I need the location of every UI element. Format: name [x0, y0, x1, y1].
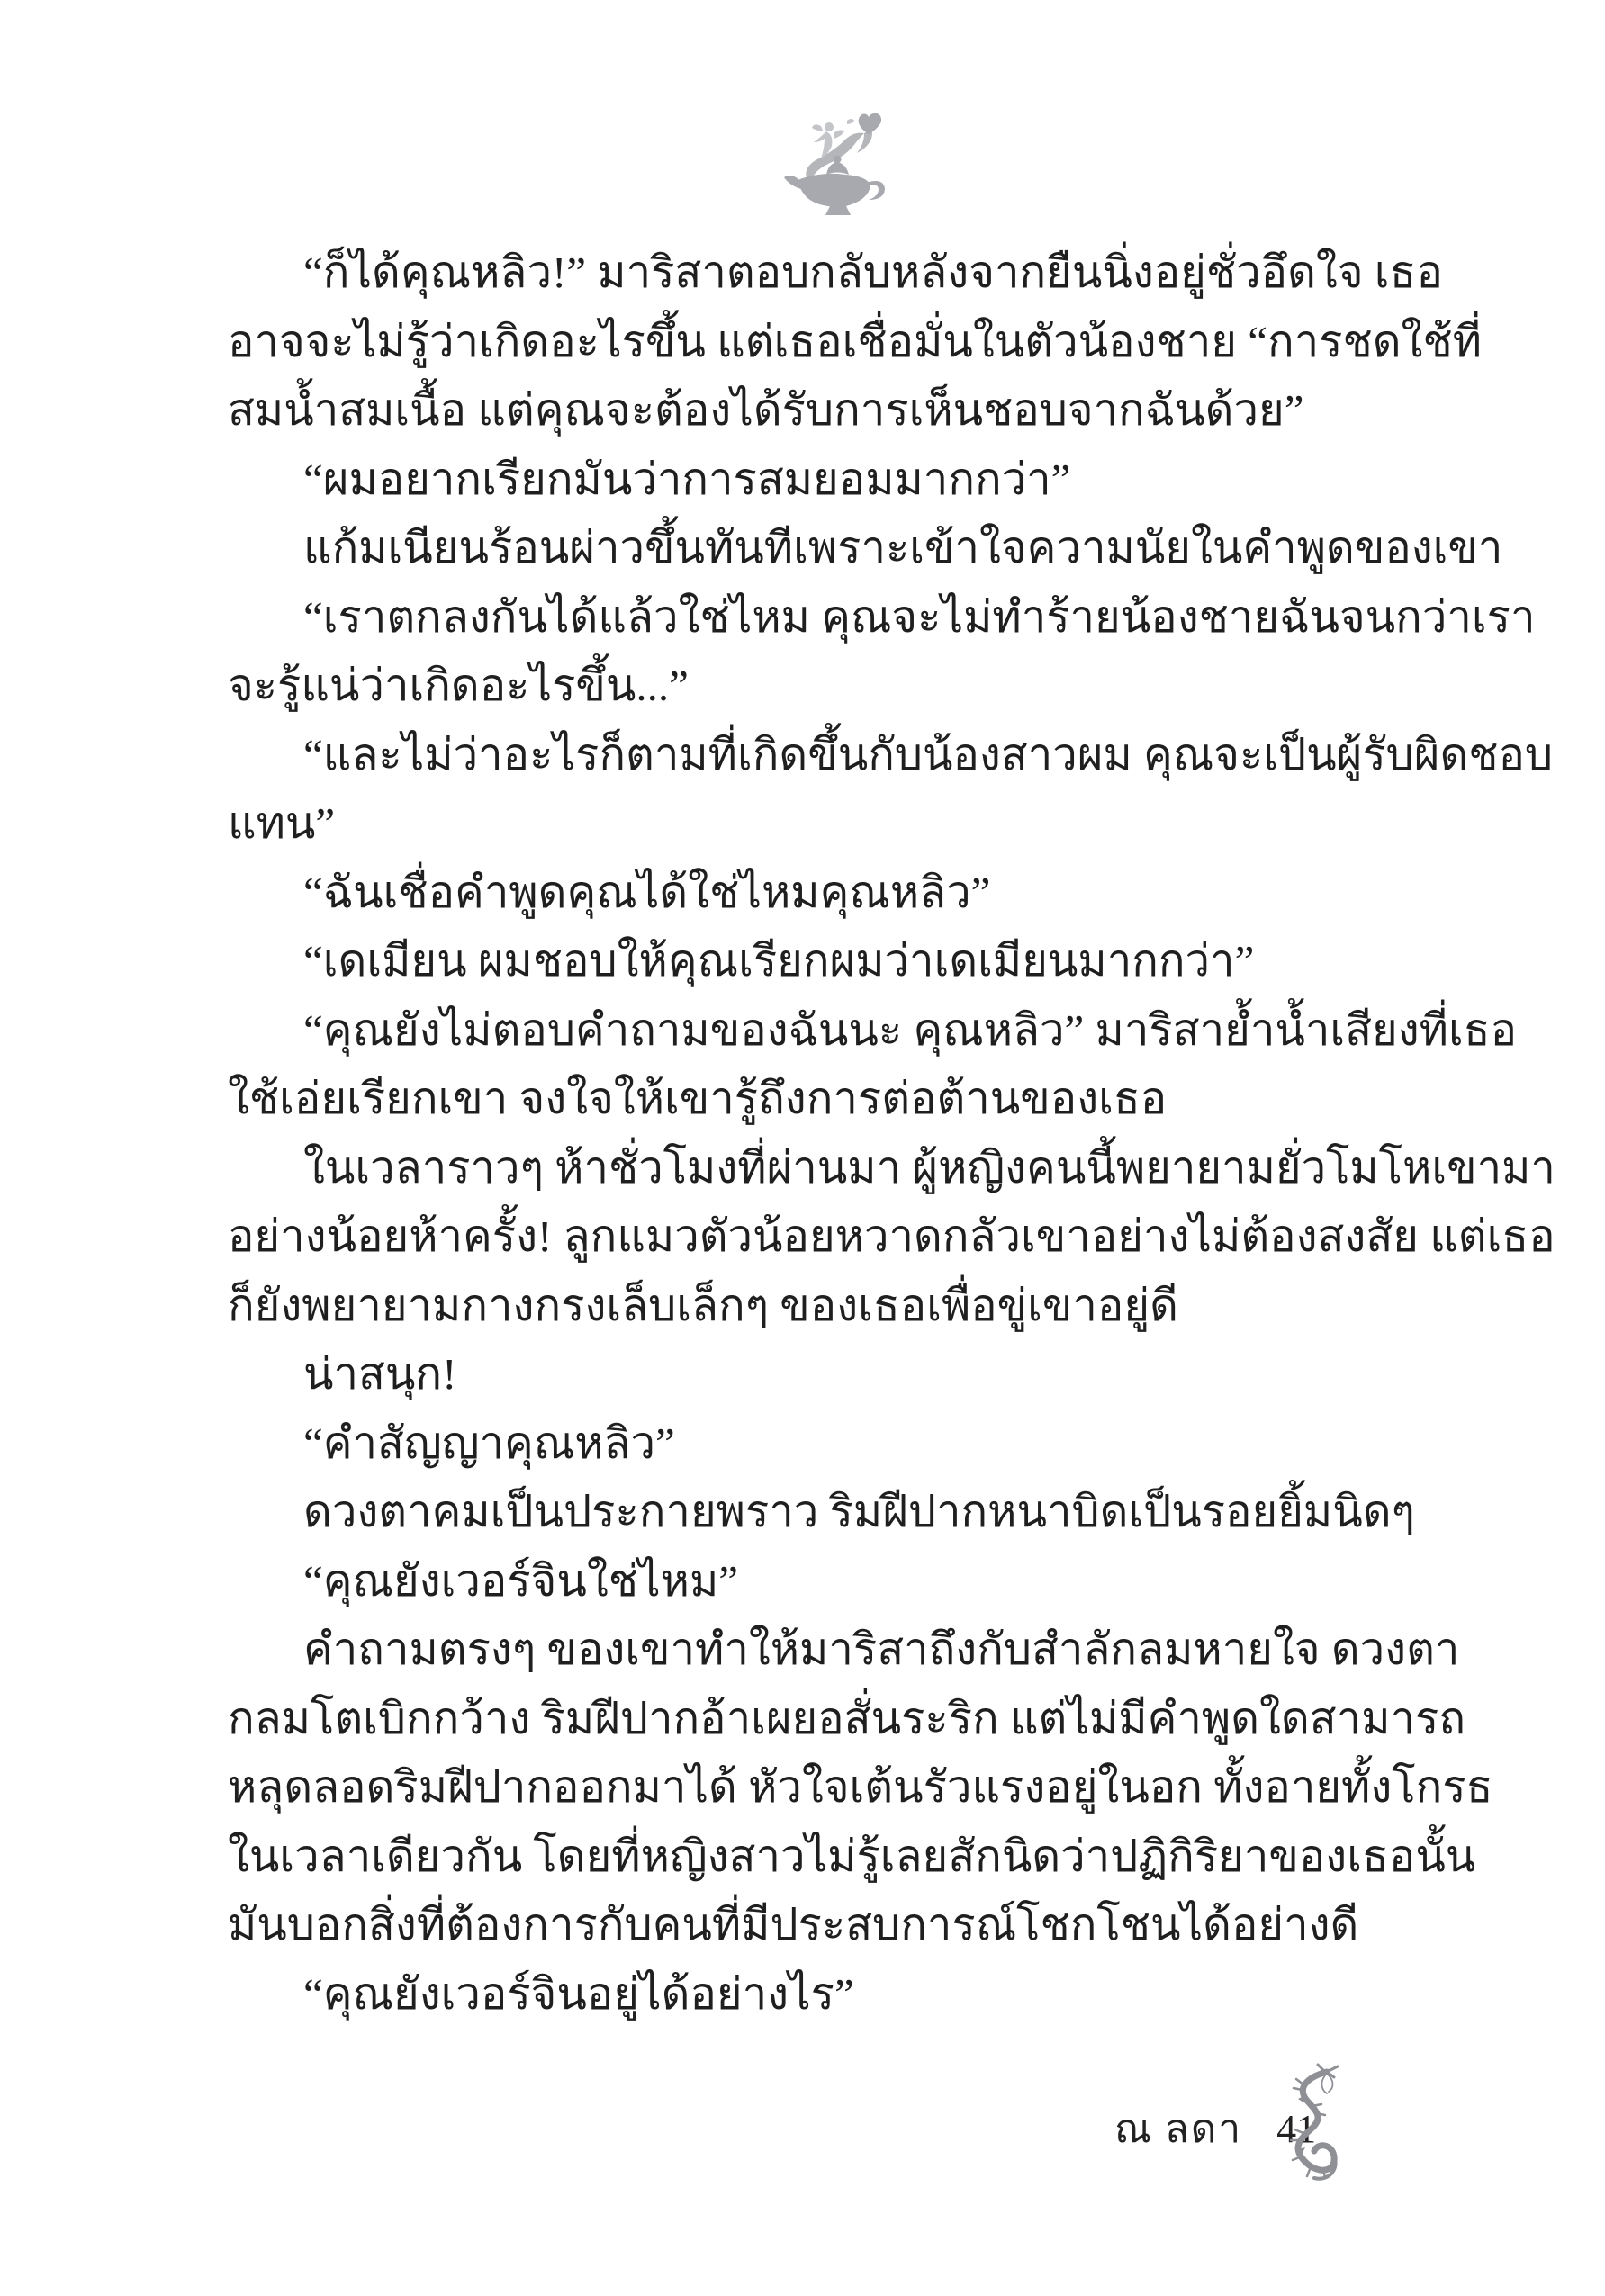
text-line: น่าสนุก! [228, 1340, 1409, 1409]
text-line: “ฉันเชื่อคำพูดคุณได้ใช่ไหมคุณหลิว” [228, 859, 1409, 928]
text-line: ในเวลาเดียวกัน โดยที่หญิงสาวไม่รู้เลยสัก… [228, 1823, 1409, 1892]
text-line: “เราตกลงกันได้แล้วใช่ไหม คุณจะไม่ทำร้ายน… [228, 583, 1409, 653]
teapot-fairy-ornament-icon [781, 106, 891, 221]
text-line: “คำสัญญาคุณหลิว” [228, 1409, 1409, 1479]
text-line: ก็ยังพยายามกางกรงเล็บเล็กๆ ของเธอเพื่อขู… [228, 1272, 1409, 1341]
text-line: หลุดลอดริมฝีปากออกมาได้ หัวใจเต้นรัวแรงอ… [228, 1753, 1409, 1823]
text-line: ดวงตาคมเป็นประกายพราว ริมฝีปากหนาบิดเป็น… [228, 1478, 1409, 1547]
text-line: “ผมอยากเรียกมันว่าการสมยอมมากกว่า” [228, 446, 1409, 515]
text-line: กลมโตเบิกกว้าง ริมฝีปากอ้าเผยอสั่นระริก … [228, 1685, 1409, 1754]
text-line: ในเวลาราวๆ ห้าชั่วโมงที่ผ่านมา ผู้หญิงคน… [228, 1134, 1409, 1203]
book-page: “ก็ได้คุณหลิว!” มาริสาตอบกลับหลังจากยืนน… [0, 0, 1605, 2296]
footer-author-name: ณ ลดา [1114, 2097, 1242, 2160]
text-line: “เดเมียน ผมชอบให้คุณเรียกผมว่าเดเมียนมาก… [228, 927, 1409, 996]
text-line: “คุณยังไม่ตอบคำถามของฉันนะ คุณหลิว” มาริ… [228, 996, 1409, 1066]
text-line: แก้มเนียนร้อนผ่าวขึ้นทันทีเพราะเข้าใจควา… [228, 514, 1409, 583]
text-line: สมน้ำสมเนื้อ แต่คุณจะต้องได้รับการเห็นชอ… [228, 376, 1409, 446]
text-line: แทน” [228, 789, 1409, 859]
text-line: อย่างน้อยห้าครั้ง! ลูกแมวตัวน้อยหวาดกลัว… [228, 1202, 1409, 1272]
text-line: อาจจะไม่รู้ว่าเกิดอะไรขึ้น แต่เธอเชื่อมั… [228, 308, 1409, 377]
text-line: “คุณยังเวอร์จินใช่ไหม” [228, 1547, 1409, 1616]
text-line: “คุณยังเวอร์จินอยู่ได้อย่างไร” [228, 1960, 1409, 2030]
text-line: “และไม่ว่าอะไรก็ตามที่เกิดขึ้นกับน้องสาว… [228, 721, 1409, 790]
text-line: “ก็ได้คุณหลิว!” มาริสาตอบกลับหลังจากยืนน… [228, 239, 1409, 308]
page-text: “ก็ได้คุณหลิว!” มาริสาตอบกลับหลังจากยืนน… [228, 239, 1409, 2029]
text-line: ใช้เอ่ยเรียกเขา จงใจให้เขารู้ถึงการต่อต้… [228, 1065, 1409, 1134]
dragon-ornament-icon [1271, 2063, 1350, 2194]
text-line: จะรู้แน่ว่าเกิดอะไรขึ้น...” [228, 652, 1409, 721]
text-line: คำถามตรงๆ ของเขาทำให้มาริสาถึงกับสำลักลม… [228, 1616, 1409, 1685]
text-line: มันบอกสิ่งที่ต้องการกับคนที่มีประสบการณ์… [228, 1891, 1409, 1960]
